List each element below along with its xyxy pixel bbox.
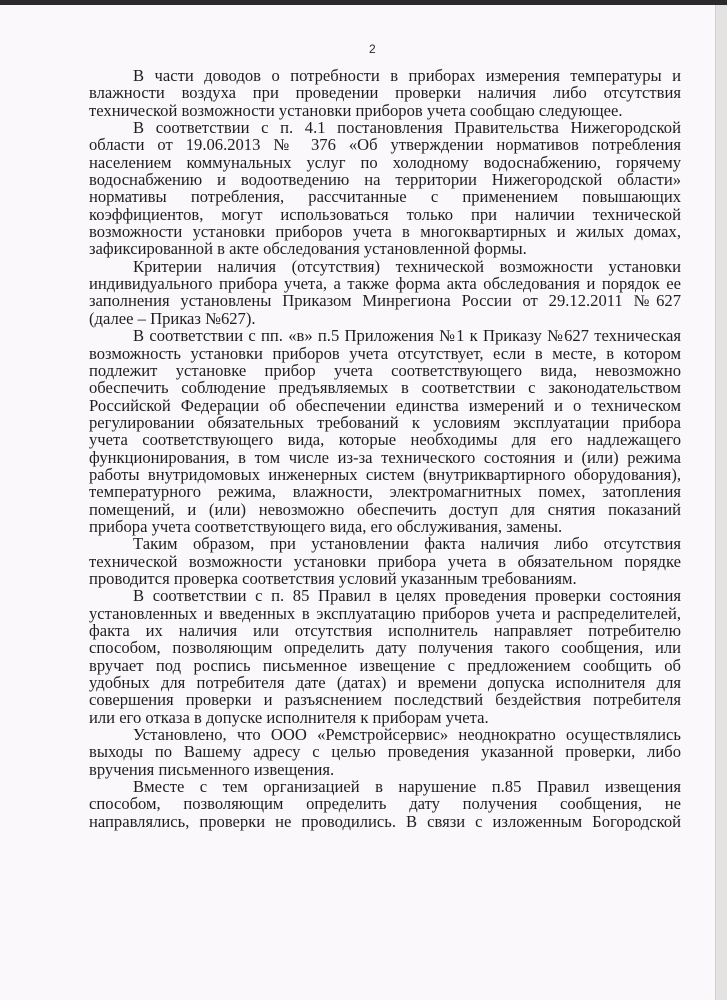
text-line: установленных и введенных в эксплуатацию… [89, 605, 681, 622]
text-line: технической возможности установки прибор… [89, 102, 681, 119]
text-line: Российской Федерации об обеспечении един… [89, 397, 681, 414]
text-line: выходы по Вашему адресу с целью проведен… [89, 743, 681, 760]
text-line: помещений, и (или) невозможно обеспечить… [89, 501, 681, 518]
text-line: Вместе с тем организацией в нарушение п.… [89, 778, 681, 795]
page-number: 2 [369, 42, 376, 56]
text-line: температурного режима, влажности, электр… [89, 483, 681, 500]
text-line: подлежит установке прибор учета соответс… [89, 362, 681, 379]
text-line: обеспечить соблюдение предъявляемых в со… [89, 379, 681, 396]
text-line: совершения проверки и разъяснением после… [89, 691, 681, 708]
paragraph: Вместе с тем организацией в нарушение п.… [89, 778, 681, 830]
text-line: возможность установки приборов учета отс… [89, 345, 681, 362]
text-line: В соответствии с п. 4.1 постановления Пр… [89, 119, 681, 136]
text-line: В части доводов о потребности в приборах… [89, 67, 681, 84]
text-line: учета соответствующего вида, которые нео… [89, 431, 681, 448]
text-line: вручения письменного извещения. [89, 761, 681, 778]
text-line: или его отказа в допуске исполнителя к п… [89, 709, 681, 726]
text-line: В соответствии с пп. «в» п.5 Приложения … [89, 327, 681, 344]
text-line: возможности установки приборов учета в м… [89, 223, 681, 240]
text-line: В соответствии с п. 85 Правил в целях пр… [89, 587, 681, 604]
text-line: индивидуального прибора учета, а также ф… [89, 275, 681, 292]
text-line: прибора учета соответствующего вида, его… [89, 518, 681, 535]
text-line: населением коммунальных услуг по холодно… [89, 154, 681, 171]
text-line: факта их наличия или отсутствия исполнит… [89, 622, 681, 639]
text-line: способом, позволяющим определить дату по… [89, 639, 681, 656]
text-line: проводится проверка соответствия условий… [89, 570, 681, 587]
paragraph: В части доводов о потребности в приборах… [89, 67, 681, 119]
paragraph: Таким образом, при установлении факта на… [89, 535, 681, 587]
text-line: влажности воздуха при проведении проверк… [89, 84, 681, 101]
text-line: Установлено, что ООО «Ремстройсервис» не… [89, 726, 681, 743]
paragraph: В соответствии с пп. «в» п.5 Приложения … [89, 327, 681, 535]
text-line: зафиксированной в акте обследования уста… [89, 240, 681, 257]
document-body: В части доводов о потребности в приборах… [89, 67, 681, 830]
text-line: удобных для потребителя дате (датах) и в… [89, 674, 681, 691]
text-line: вручает под роспись письменное извещение… [89, 657, 681, 674]
text-line: Таким образом, при установлении факта на… [89, 535, 681, 552]
text-line: Критерии наличия (отсутствия) техническо… [89, 258, 681, 275]
text-line: функционирования, в том числе из-за техн… [89, 449, 681, 466]
text-line: коэффициентов, могут использоваться толь… [89, 206, 681, 223]
paragraph: Критерии наличия (отсутствия) техническо… [89, 258, 681, 327]
paragraph: В соответствии с п. 4.1 постановления Пр… [89, 119, 681, 258]
text-line: водоснабжению и водоотведению на террито… [89, 171, 681, 188]
text-line: направлялись, проверки не проводились. В… [89, 813, 681, 830]
text-line: способом, позволяющим определить дату по… [89, 795, 681, 812]
text-line: (далее – Приказ №627). [89, 310, 681, 327]
scan-right-edge [715, 5, 727, 1000]
paragraph: Установлено, что ООО «Ремстройсервис» не… [89, 726, 681, 778]
text-line: нормативы потребления, рассчитанные с пр… [89, 188, 681, 205]
paragraph: В соответствии с п. 85 Правил в целях пр… [89, 587, 681, 726]
text-line: регулировании обязательных требований к … [89, 414, 681, 431]
text-line: технической возможности установки прибор… [89, 553, 681, 570]
text-line: заполнения установлены Приказом Минрегио… [89, 292, 681, 309]
text-line: области от 19.06.2013 № 376 «Об утвержде… [89, 136, 681, 153]
text-line: работы внутридомовых инженерных систем (… [89, 466, 681, 483]
